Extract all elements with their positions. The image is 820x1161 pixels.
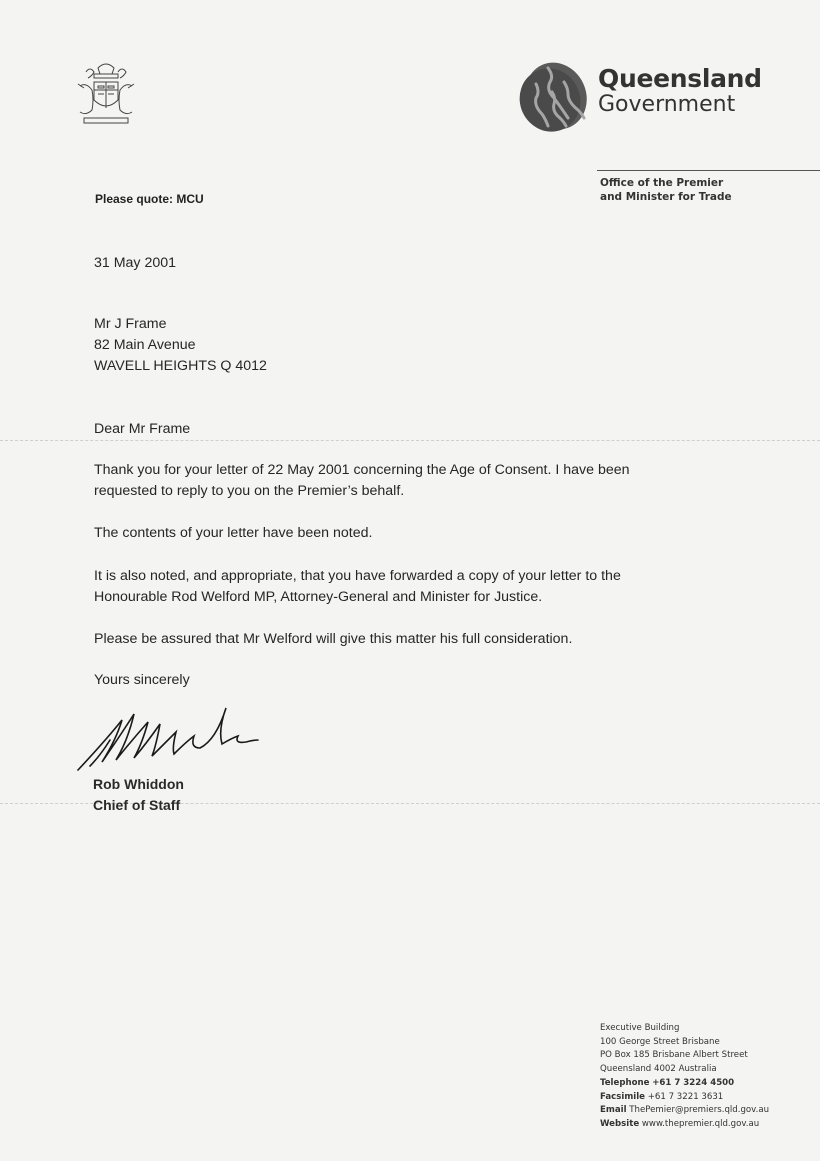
paragraph-3-line-1: It is also noted, and appropriate, that … (94, 566, 621, 587)
telephone-label: Telephone (600, 1078, 649, 1088)
brand-line-queensland: Queensland (598, 66, 762, 91)
email-label: Email (600, 1105, 627, 1115)
footer-building: Executive Building (600, 1022, 769, 1036)
queensland-government-logo-icon (518, 58, 592, 132)
email-value[interactable]: ThePemier@premiers.qld.gov.au (629, 1105, 769, 1115)
paper-fold-line (0, 440, 820, 441)
facsimile-value: +61 7 3221 3631 (648, 1092, 724, 1102)
letterhead-rule (597, 170, 820, 171)
office-name: Office of the Premier and Minister for T… (600, 176, 732, 204)
letter-date: 31 May 2001 (94, 253, 176, 274)
paragraph-3-line-2: Honourable Rod Welford MP, Attorney-Gene… (94, 587, 542, 608)
office-line-2: and Minister for Trade (600, 190, 732, 204)
footer-telephone: Telephone +61 7 3224 4500 (600, 1077, 769, 1091)
website-label: Website (600, 1119, 639, 1129)
footer-street: 100 George Street Brisbane (600, 1036, 769, 1050)
footer-po-box: PO Box 185 Brisbane Albert Street (600, 1049, 769, 1063)
footer-website: Website www.thepremier.qld.gov.au (600, 1118, 769, 1132)
brand-wordmark: Queensland Government (598, 66, 762, 116)
signature-icon (76, 700, 266, 780)
footer-facsimile: Facsimile +61 7 3221 3631 (600, 1091, 769, 1105)
paragraph-1-line-2: requested to reply to you on the Premier… (94, 481, 404, 502)
closing: Yours sincerely (94, 670, 190, 691)
signatory-title: Chief of Staff (93, 797, 180, 813)
recipient-locality: WAVELL HEIGHTS Q 4012 (94, 356, 267, 377)
salutation: Dear Mr Frame (94, 419, 190, 440)
office-line-1: Office of the Premier (600, 176, 732, 190)
paragraph-4: Please be assured that Mr Welford will g… (94, 629, 572, 650)
brand-line-government: Government (598, 94, 762, 116)
facsimile-label: Facsimile (600, 1092, 645, 1102)
telephone-value: +61 7 3224 4500 (652, 1078, 734, 1088)
recipient-street: 82 Main Avenue (94, 335, 196, 356)
paragraph-2: The contents of your letter have been no… (94, 523, 372, 544)
reference-quote: Please quote: MCU (95, 192, 204, 206)
recipient-name: Mr J Frame (94, 314, 167, 335)
footer-email: Email ThePemier@premiers.qld.gov.au (600, 1104, 769, 1118)
paragraph-1-line-1: Thank you for your letter of 22 May 2001… (94, 460, 630, 481)
footer-state: Queensland 4002 Australia (600, 1063, 769, 1077)
coat-of-arms-icon (74, 60, 138, 128)
website-value[interactable]: www.thepremier.qld.gov.au (642, 1119, 759, 1129)
signatory-name: Rob Whiddon (93, 776, 184, 792)
footer-contact-block: Executive Building 100 George Street Bri… (600, 1022, 769, 1132)
